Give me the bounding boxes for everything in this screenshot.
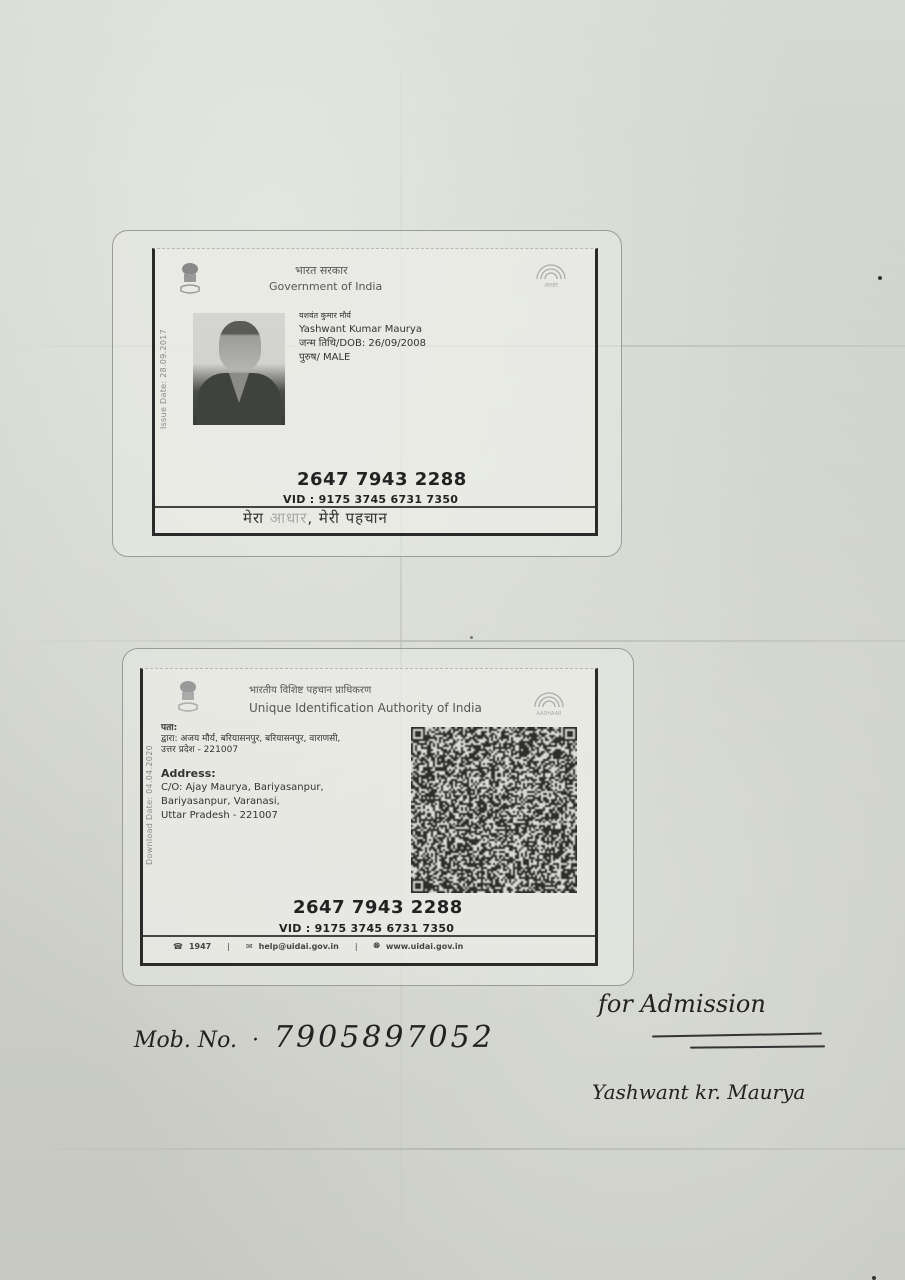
front-card: भारत सरकार Government of India आधार Issu…	[152, 248, 598, 536]
paper-fold-line	[0, 640, 905, 642]
mail-icon: ✉	[246, 942, 253, 951]
ink-speck	[878, 276, 882, 280]
aadhaar-fingerprint-icon: आधार	[531, 259, 571, 289]
aadhaar-fingerprint-icon: AADHAAR	[529, 687, 569, 717]
address-line: द्वारा: अजय मौर्य, बरियासनपुर, बरियासनपु…	[161, 734, 340, 745]
title-hindi: भारत सरकार	[295, 263, 348, 278]
paper-fold-line	[0, 1148, 905, 1150]
separator: |	[355, 942, 358, 951]
globe-icon: 🌐︎	[374, 941, 380, 951]
address-english: Address: C/O: Ajay Maurya, Bariyasanpur,…	[161, 767, 324, 823]
vid-number: VID : 9175 3745 6731 7350	[279, 922, 454, 935]
tagline-faded-text: आधार	[270, 509, 308, 527]
address-line: Uttar Pradesh - 221007	[161, 809, 324, 823]
aadhaar-number: 2647 7943 2288	[297, 469, 467, 490]
issue-date: Issue Date: 28.09.2017	[159, 329, 168, 429]
phone-icon: ☎	[173, 942, 183, 951]
card-divider	[143, 935, 595, 937]
date-of-birth: जन्म तिथि/DOB: 26/09/2008	[299, 337, 426, 351]
gender: पुरुष/ MALE	[299, 351, 426, 365]
svg-text:AADHAAR: AADHAAR	[536, 711, 562, 717]
helpline-number: 1947	[189, 942, 211, 951]
separator: |	[227, 942, 230, 951]
holder-details: यशवंत कुमार मौर्य Yashwant Kumar Maurya …	[299, 309, 426, 365]
handwritten-signature: Yashwant kr. Maurya	[592, 1080, 805, 1104]
address-label-english: Address:	[161, 767, 324, 781]
national-emblem-icon	[179, 261, 201, 297]
address-line: उत्तर प्रदेश - 221007	[161, 745, 340, 756]
address-line: C/O: Ajay Maurya, Bariyasanpur,	[161, 781, 324, 795]
mobile-dot: ·	[252, 1028, 259, 1053]
address-hindi: पता: द्वारा: अजय मौर्य, बरियासनपुर, बरिय…	[161, 723, 340, 756]
handwritten-mobile: Mob. No. · 7905897052	[134, 1020, 495, 1055]
mobile-label: Mob. No.	[134, 1028, 237, 1053]
qr-code	[411, 727, 577, 893]
svg-text:आधार: आधार	[544, 282, 558, 289]
back-card: भारतीय विशिष्ट पहचान प्राधिकरण Unique Id…	[140, 668, 598, 966]
tagline-text: मेरा	[243, 509, 264, 527]
name-english: Yashwant Kumar Maurya	[299, 323, 426, 337]
tagline: मेरा आधार, मेरी पहचान	[243, 508, 388, 528]
address-label-hindi: पता:	[161, 723, 340, 734]
vid-number: VID : 9175 3745 6731 7350	[283, 493, 458, 506]
download-date: Download Date: 04.04.2020	[145, 745, 154, 865]
title-english: Government of India	[269, 280, 382, 293]
name-hindi: यशवंत कुमार मौर्य	[299, 309, 426, 323]
paper-fold-line	[400, 0, 402, 1280]
address-line: Bariyasanpur, Varanasi,	[161, 795, 324, 809]
holder-photo	[193, 313, 285, 425]
title-english: Unique Identification Authority of India	[249, 701, 482, 715]
national-emblem-icon	[177, 679, 199, 715]
help-email: help@uidai.gov.in	[259, 942, 339, 951]
title-hindi: भारतीय विशिष्ट पहचान प्राधिकरण	[249, 682, 371, 696]
handwritten-purpose: for Admission	[598, 990, 766, 1018]
ink-speck	[470, 636, 473, 639]
ink-speck	[872, 1276, 876, 1280]
aadhaar-number: 2647 7943 2288	[293, 897, 463, 918]
tagline-text: , मेरी पहचान	[307, 509, 388, 527]
contact-footer: ☎ 1947 | ✉ help@uidai.gov.in | 🌐︎ www.ui…	[173, 941, 463, 951]
mobile-number: 7905897052	[274, 1020, 495, 1055]
website: www.uidai.gov.in	[386, 942, 463, 951]
